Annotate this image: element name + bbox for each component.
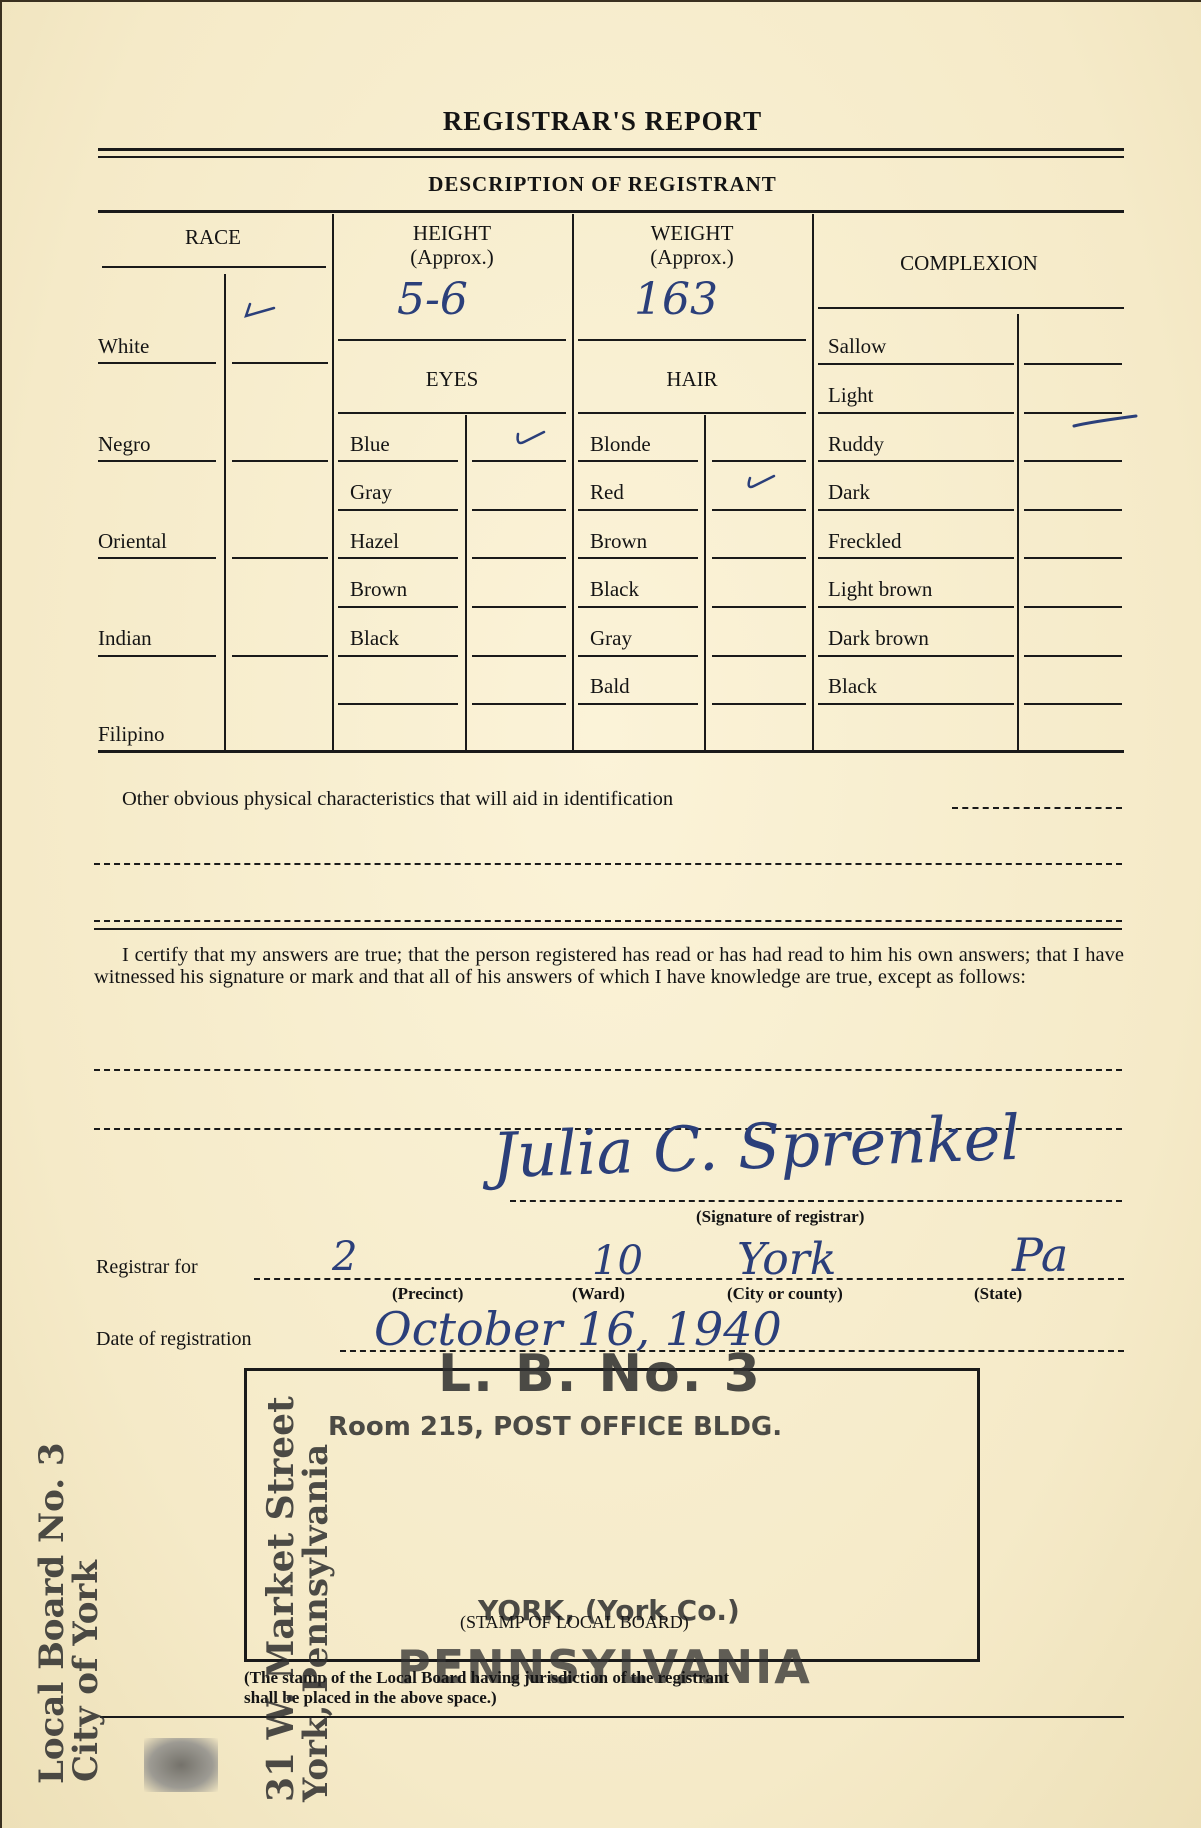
complexion-option-light-brown: Light brown <box>828 577 932 602</box>
complexion-check-rule <box>1024 655 1122 657</box>
eyes-check-rule <box>472 606 566 608</box>
race-option-oriental: Oriental <box>98 529 167 554</box>
race-check-divider <box>224 274 226 750</box>
hair-check-rule <box>712 606 806 608</box>
eyes-option-blue: Blue <box>350 432 390 457</box>
stamp-room: Room 215, POST OFFICE BLDG. <box>328 1412 782 1442</box>
state-value: Pa <box>1012 1228 1068 1282</box>
hair-check-divider <box>704 415 706 750</box>
section-title: DESCRIPTION OF REGISTRANT <box>2 172 1201 197</box>
eyes-check-divider <box>465 415 467 750</box>
complexion-check-rule <box>1024 460 1122 462</box>
eyes-option-gray: Gray <box>350 480 392 505</box>
race-option-indian: Indian <box>98 626 152 651</box>
hair-option-gray: Gray <box>590 626 632 651</box>
hair-row-rule <box>578 509 698 511</box>
stamp-board-number: L. B. No. 3 <box>438 1344 762 1404</box>
eyes-check-rule <box>472 655 566 657</box>
race-row-rule <box>98 557 216 559</box>
hair-header-rule <box>578 412 806 414</box>
hair-header: HAIR <box>574 368 810 390</box>
race-row-rule <box>98 362 216 364</box>
section-divider <box>94 928 1122 930</box>
eyes-header: EYES <box>334 368 570 390</box>
hair-check-rule <box>712 655 806 657</box>
hair-check-rule <box>712 703 806 705</box>
eyes-option-brown: Brown <box>350 577 407 602</box>
height-subheader: (Approx.) <box>334 246 570 268</box>
hair-row-rule <box>578 460 698 462</box>
complexion-row-rule <box>818 703 1014 705</box>
complexion-check-rule <box>1024 557 1122 559</box>
hair-option-bald: Bald <box>590 674 630 699</box>
complexion-row-rule <box>818 412 1014 414</box>
complexion-option-dark-brown: Dark brown <box>828 626 929 651</box>
other-characteristics-line-2[interactable] <box>94 863 1122 865</box>
title-double-rule-top <box>98 148 1124 151</box>
registrar-for-line[interactable] <box>254 1278 1124 1280</box>
hair-check-rule <box>712 460 806 462</box>
complexion-row-rule <box>818 460 1014 462</box>
hair-check-rule <box>712 557 806 559</box>
complexion-option-light: Light <box>828 383 874 408</box>
table-bottom-rule <box>98 750 1124 753</box>
race-check-rule <box>232 460 328 462</box>
divider-height-weight <box>572 214 574 750</box>
stamp-box-caption: (STAMP OF LOCAL BOARD) <box>460 1612 689 1633</box>
race-header: RACE <box>98 226 328 248</box>
other-characteristics-field[interactable] <box>952 807 1122 809</box>
race-option-filipino: Filipino <box>98 722 165 747</box>
race-header-rule <box>102 266 326 268</box>
complexion-row-rule <box>818 557 1014 559</box>
weight-subheader: (Approx.) <box>574 246 810 268</box>
divider-race-height <box>332 214 334 750</box>
registrar-for-label: Registrar for <box>96 1256 198 1279</box>
race-option-negro: Negro <box>98 432 150 457</box>
city-caption: (City or county) <box>727 1284 843 1304</box>
precinct-value: 2 <box>332 1234 357 1280</box>
hair-red-checkmark-icon[interactable] <box>744 474 792 490</box>
ward-value: 10 <box>592 1238 643 1284</box>
eyes-row-rule <box>338 655 458 657</box>
ink-smudge <box>144 1738 218 1792</box>
hair-row-rule <box>578 655 698 657</box>
eyes-check-rule <box>472 557 566 559</box>
complexion-check-rule <box>1024 703 1122 705</box>
complexion-option-black: Black <box>828 674 877 699</box>
race-check-rule <box>232 362 328 364</box>
eyes-row-rule <box>338 460 458 462</box>
weight-value: 163 <box>634 274 718 325</box>
complexion-row-rule <box>818 363 1014 365</box>
date-of-registration-label: Date of registration <box>96 1328 252 1351</box>
eyes-header-rule <box>338 412 566 414</box>
hair-row-rule <box>578 557 698 559</box>
precinct-caption: (Precinct) <box>392 1284 463 1304</box>
hair-row-rule <box>578 606 698 608</box>
race-white-checkmark-icon[interactable] <box>244 302 292 318</box>
eyes-option-black: Black <box>350 626 399 651</box>
complexion-row-rule <box>818 509 1014 511</box>
hair-option-red: Red <box>590 480 624 505</box>
eyes-row-rule <box>338 606 458 608</box>
city-value: York <box>737 1234 836 1285</box>
complexion-option-ruddy: Ruddy <box>828 432 884 457</box>
weight-header: WEIGHT <box>574 222 810 244</box>
bottom-rule <box>100 1716 1124 1718</box>
complexion-ruddy-checkmark-icon[interactable] <box>1070 414 1140 430</box>
hair-option-blonde: Blonde <box>590 432 651 457</box>
eyes-row-rule <box>338 509 458 511</box>
complexion-check-rule <box>1024 606 1122 608</box>
hair-option-brown: Brown <box>590 529 647 554</box>
eyes-row-rule <box>338 557 458 559</box>
complexion-option-dark: Dark <box>828 480 870 505</box>
race-row-rule <box>98 655 216 657</box>
draft-registration-card: REGISTRAR'S REPORT DESCRIPTION OF REGIST… <box>0 0 1201 1828</box>
eyes-check-rule <box>472 460 566 462</box>
eyes-row-rule <box>338 703 458 705</box>
race-check-rule <box>232 655 328 657</box>
title-double-rule-bottom <box>98 156 1124 158</box>
registrar-signature: Julia C. Sprenkel <box>491 1101 1022 1192</box>
page-title: REGISTRAR'S REPORT <box>2 106 1201 137</box>
complexion-option-freckled: Freckled <box>828 529 901 554</box>
height-value: 5-6 <box>397 274 468 325</box>
complexion-check-rule <box>1024 509 1122 511</box>
complexion-row-rule <box>818 606 1014 608</box>
exceptions-line-1[interactable] <box>94 1069 1122 1071</box>
height-header: HEIGHT <box>334 222 570 244</box>
race-row-rule <box>98 460 216 462</box>
hair-row-rule <box>578 703 698 705</box>
complexion-option-sallow: Sallow <box>828 334 886 359</box>
other-characteristics-line-3[interactable] <box>94 920 1122 922</box>
eyes-option-hazel: Hazel <box>350 529 399 554</box>
eyes-check-rule <box>472 703 566 705</box>
side-stamp-city-state: York, Pennsylvania <box>296 1444 336 1802</box>
race-option-white: White <box>98 334 149 359</box>
race-check-rule <box>232 557 328 559</box>
complexion-row-rule <box>818 655 1014 657</box>
eyes-blue-checkmark-icon[interactable] <box>514 430 562 446</box>
certification-text: I certify that my answers are true; that… <box>94 944 1124 988</box>
section-rule <box>98 210 1124 213</box>
complexion-check-divider <box>1017 314 1019 750</box>
state-caption: (State) <box>974 1284 1022 1304</box>
hair-check-rule <box>712 509 806 511</box>
hair-option-black: Black <box>590 577 639 602</box>
complexion-header: COMPLEXION <box>814 252 1124 274</box>
side-stamp-city: City of York <box>66 1560 106 1782</box>
eyes-check-rule <box>472 509 566 511</box>
divider-weight-complexion <box>812 214 814 750</box>
complexion-header-rule <box>818 307 1124 309</box>
height-rule <box>338 339 566 341</box>
other-characteristics-label: Other obvious physical characteristics t… <box>122 788 673 810</box>
complexion-check-rule <box>1024 412 1122 414</box>
complexion-check-rule <box>1024 363 1122 365</box>
signature-line[interactable] <box>510 1200 1122 1202</box>
signature-caption: (Signature of registrar) <box>696 1207 864 1227</box>
ward-caption: (Ward) <box>572 1284 625 1304</box>
weight-rule <box>578 339 806 341</box>
